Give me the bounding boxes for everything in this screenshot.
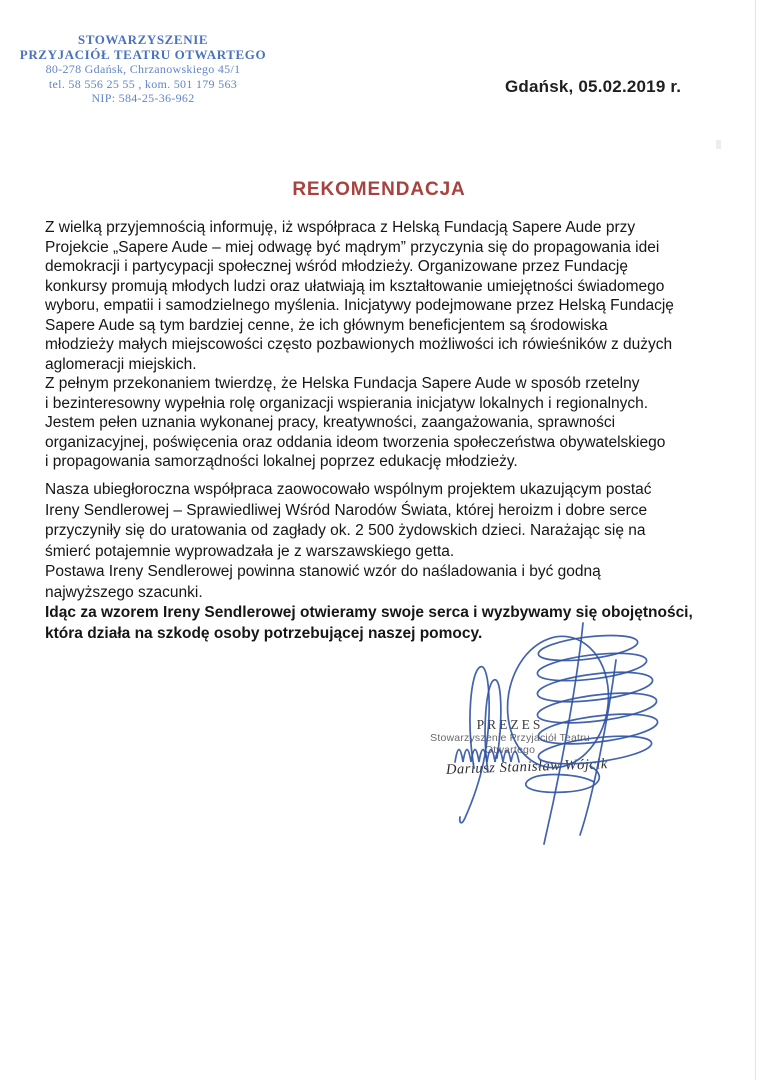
- body-text-line: demokracji i partycypacji społecznej wśr…: [45, 257, 721, 277]
- body-text-line: Jestem pełen uznania wykonanej pracy, kr…: [45, 413, 721, 433]
- body-text-line: i propagowania samorządności lokalnej po…: [45, 452, 721, 472]
- body-text-line: wyboru, empatii i samodzielnego myślenia…: [45, 296, 721, 316]
- body-text-line: Postawa Ireny Sendlerowej powinna stanow…: [45, 562, 721, 583]
- letterhead-stamp: STOWARZYSZENIE PRZYJACIÓŁ TEATRU OTWARTE…: [18, 33, 268, 106]
- body-paragraph-1: Z wielką przyjemnością informuję, iż wsp…: [45, 218, 721, 472]
- org-name-line-2: PRZYJACIÓŁ TEATRU OTWARTEGO: [18, 48, 268, 63]
- body-text-line: i bezinteresowny wypełnia rolę organizac…: [45, 394, 721, 414]
- stamp-org-line: Stowarzyszenie Przyjaciół Teatru Otwarte…: [414, 732, 606, 756]
- body-text-line: organizacyjnej, poświęcenia oraz oddania…: [45, 433, 721, 453]
- scan-edge-line: [755, 0, 756, 1080]
- scan-artifact-dot: [716, 140, 721, 149]
- document-page: STOWARZYSZENIE PRZYJACIÓŁ TEATRU OTWARTE…: [0, 0, 764, 1080]
- signer-name: Dariusz Stanisław Wójcik: [446, 756, 608, 779]
- body-text-line: młodzieży małych miejscowości często poz…: [45, 335, 721, 355]
- org-address: 80-278 Gdańsk, Chrzanowskiego 45/1: [18, 62, 268, 77]
- org-nip: NIP: 584-25-36-962: [18, 91, 268, 106]
- body-text-line: Nasza ubiegłoroczna współpraca zaowocowa…: [45, 480, 721, 501]
- body-text-line: najwyższego szacunki.: [45, 583, 721, 604]
- body-text-line: Ireny Sendlerowej – Sprawiedliwej Wśród …: [45, 501, 721, 522]
- document-title: REKOMENDACJA: [45, 179, 713, 201]
- org-phone: tel. 58 556 25 55 , kom. 501 179 563: [18, 77, 268, 92]
- body-text-line: Sapere Aude są tym bardziej cenne, że ic…: [45, 316, 721, 336]
- body-text-line: aglomeracji miejskich.: [45, 355, 721, 375]
- body-text-line: konkursy promują młodych ludzi oraz ułat…: [45, 277, 721, 297]
- date-line: Gdańsk, 05.02.2019 r.: [505, 77, 681, 97]
- signature-block: PREZES Stowarzyszenie Przyjaciół Teatru …: [420, 618, 710, 868]
- body-paragraph-2: Nasza ubiegłoroczna współpraca zaowocowa…: [45, 480, 721, 603]
- stamp-title: PREZES: [420, 717, 600, 733]
- body-text-line: śmierć potajemnie wyprowadzała je z wars…: [45, 542, 721, 563]
- body-text-line: Z wielką przyjemnością informuję, iż wsp…: [45, 218, 721, 238]
- body-text-line: Z pełnym przekonaniem twierdzę, że Helsk…: [45, 374, 721, 394]
- body-text-line: Projekcie „Sapere Aude – miej odwagę być…: [45, 238, 721, 258]
- org-name-line-1: STOWARZYSZENIE: [18, 33, 268, 48]
- body-text-line: przyczyniły się do uratowania od zagłady…: [45, 521, 721, 542]
